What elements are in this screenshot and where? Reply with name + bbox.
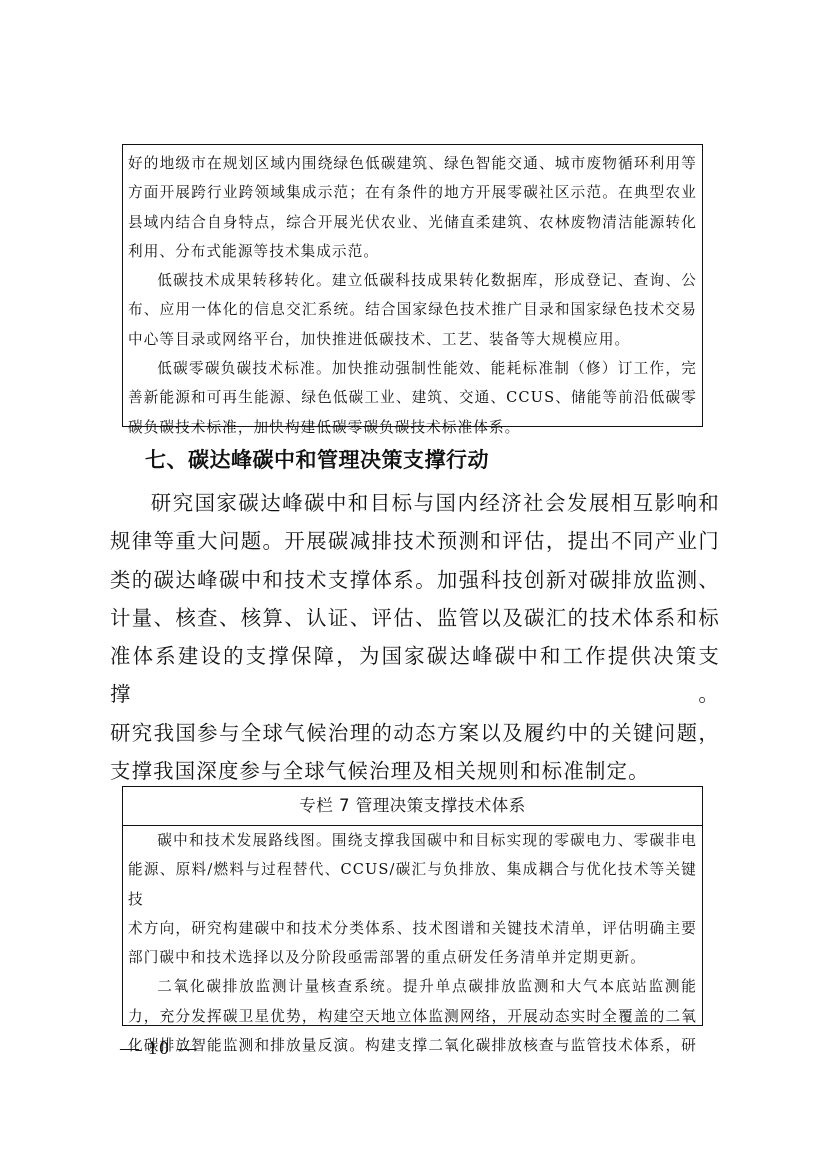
callout-box-7: 专栏 7 管理决策支撑技术体系 碳中和技术发展路线图。围绕支撑我国碳中和目标实现… bbox=[122, 786, 703, 1026]
callout-box-body: 碳中和技术发展路线图。围绕支撑我国碳中和目标实现的零碳电力、零碳非电 能源、原料… bbox=[123, 826, 702, 1060]
box-text-line: 力，充分发挥碳卫星优势，构建空天地立体监测网络，开展动态实时全覆盖的二氧 bbox=[128, 1002, 697, 1031]
body-text-line: 研究国家碳达峰碳中和目标与国内经济社会发展相互影响和 bbox=[110, 484, 720, 522]
page-number: — 10 — bbox=[120, 1038, 199, 1060]
box-text-line: 能源、原料/燃料与过程替代、CCUS/碳汇与负排放、集成耦合与优化技术等关键技 bbox=[128, 855, 697, 914]
box-text-line: 部门碳中和技术选择以及分阶段亟需部署的重点研发任务清单并定期更新。 bbox=[128, 943, 697, 972]
body-text-line: 类的碳达峰碳中和技术支撑体系。加强科技创新对碳排放监测、 bbox=[110, 561, 720, 599]
box-text-line: 县域内结合自身特点，综合开展光伏农业、光储直柔建筑、农林废物清洁能源转化 bbox=[128, 208, 697, 237]
box-text-line: 化碳排放智能监测和排放量反演。构建支撑二氧化碳排放核查与监管技术体系，研 bbox=[128, 1031, 697, 1060]
section-heading: 七、碳达峰碳中和管理决策支撑行动 bbox=[145, 444, 489, 474]
box-text-line: 好的地级市在规划区域内围绕绿色低碳建筑、绿色智能交通、城市废物循环利用等 bbox=[128, 149, 697, 178]
body-text-line: 支撑我国深度参与全球气候治理及相关规则和标准制定。 bbox=[110, 752, 720, 790]
callout-box-continued: 好的地级市在规划区域内围绕绿色低碳建筑、绿色智能交通、城市废物循环利用等 方面开… bbox=[122, 144, 703, 427]
body-text-line: 规律等重大问题。开展碳减排技术预测和评估，提出不同产业门 bbox=[110, 522, 720, 560]
body-text-line: 准体系建设的支撑保障，为国家碳达峰碳中和工作提供决策支撑。 bbox=[110, 637, 720, 714]
box-text-line: 利用、分布式能源等技术集成示范。 bbox=[128, 237, 697, 266]
box-text-line: 术方向，研究构建碳中和技术分类体系、技术图谱和关键技术清单，评估明确主要 bbox=[128, 914, 697, 943]
box-text-line: 善新能源和可再生能源、绿色低碳工业、建筑、交通、CCUS、储能等前沿低碳零 bbox=[128, 383, 697, 412]
body-text-line: 计量、核查、核算、认证、评估、监管以及碳汇的技术体系和标 bbox=[110, 599, 720, 637]
box-text-line: 低碳零碳负碳技术标准。加快推动强制性能效、能耗标准制（修）订工作，完 bbox=[128, 354, 697, 383]
box-text-line: 方面开展跨行业跨领域集成示范；在有条件的地方开展零碳社区示范。在典型农业 bbox=[128, 178, 697, 207]
section-body: 研究国家碳达峰碳中和目标与国内经济社会发展相互影响和 规律等重大问题。开展碳减排… bbox=[110, 484, 720, 790]
box-text-line: 中心等目录或网络平台，加快推进低碳技术、工艺、装备等大规模应用。 bbox=[128, 325, 697, 354]
callout-box-title: 专栏 7 管理决策支撑技术体系 bbox=[123, 787, 702, 826]
box-text-line: 碳负碳技术标准，加快构建低碳零碳负碳技术标准体系。 bbox=[128, 413, 697, 442]
box-text-line: 二氧化碳排放监测计量核查系统。提升单点碳排放监测和大气本底站监测能 bbox=[128, 972, 697, 1001]
box-text-line: 碳中和技术发展路线图。围绕支撑我国碳中和目标实现的零碳电力、零碳非电 bbox=[128, 826, 697, 855]
box-text-line: 低碳技术成果转移转化。建立低碳科技成果转化数据库，形成登记、查询、公 bbox=[128, 266, 697, 295]
box-text-line: 布、应用一体化的信息交汇系统。结合国家绿色技术推广目录和国家绿色技术交易 bbox=[128, 295, 697, 324]
body-text-line: 研究我国参与全球气候治理的动态方案以及履约中的关键问题， bbox=[110, 714, 720, 752]
